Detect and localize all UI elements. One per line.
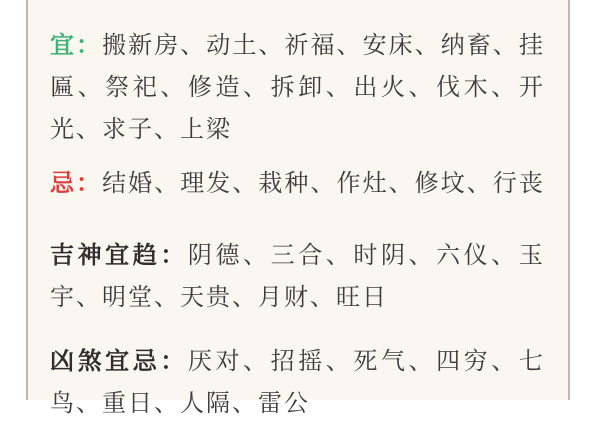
text-char: 、 [243, 234, 267, 276]
section-label-char: 忌 [50, 162, 74, 204]
text-char: 造 [215, 66, 239, 108]
text-char: 结 [102, 162, 126, 204]
section-avoid: 忌：结婚、理发、栽种、作灶、修坟、行丧 [50, 162, 543, 204]
text-char: 、 [78, 66, 102, 108]
text-char: 、 [491, 340, 515, 382]
text-char: 丧 [519, 162, 543, 204]
text-char: 、 [180, 24, 204, 66]
section-label-char: ： [160, 340, 184, 382]
text-char: 修 [188, 66, 212, 108]
section-label-char: 凶 [50, 340, 74, 382]
text-char: 发 [206, 162, 230, 204]
text-char: 灶 [363, 162, 387, 204]
text-char: 阴 [188, 234, 212, 276]
text-char: 理 [180, 162, 204, 204]
text-char: 祭 [105, 66, 129, 108]
text-char: 祀 [133, 66, 157, 108]
text-char: 四 [436, 340, 460, 382]
text-char: 穷 [464, 340, 488, 382]
text-char: 、 [389, 162, 413, 204]
text-char: 六 [436, 234, 460, 276]
section-text: 宇、明堂、天贵、月财、旺日 [50, 283, 388, 311]
text-char: 、 [409, 340, 433, 382]
text-line: 匾、祭祀、修造、拆卸、出火、伐木、开 [50, 66, 543, 108]
text-char: 、 [160, 66, 184, 108]
text-char: 拆 [271, 66, 295, 108]
section-label-char: 宜 [105, 234, 129, 276]
text-char: 动 [206, 24, 230, 66]
text-char: 三 [271, 234, 295, 276]
section-text: 光、求子、上梁 [50, 115, 232, 143]
text-line: 宜：搬新房、动土、祈福、安床、纳畜、挂 [50, 24, 543, 66]
text-line: 忌：结婚、理发、栽种、作灶、修坟、行丧 [50, 162, 543, 204]
text-char: 作 [337, 162, 361, 204]
text-char: 匾 [50, 66, 74, 108]
text-char: 修 [415, 162, 439, 204]
section-label-char: 吉 [50, 234, 74, 276]
section-auspicious-gods: 吉神宜趋：阴德、三合、时阴、六仪、玉宇、明堂、天贵、月财、旺日 [50, 234, 543, 318]
text-line: 光、求子、上梁 [50, 108, 543, 150]
section-label-char: 趋 [133, 234, 157, 276]
almanac-sections: 宜：搬新房、动土、祈福、安床、纳畜、挂匾、祭祀、修造、拆卸、出火、伐木、开光、求… [50, 24, 543, 400]
text-char: 栽 [258, 162, 282, 204]
text-char: 、 [493, 24, 517, 66]
text-line: 宇、明堂、天贵、月财、旺日 [50, 276, 543, 318]
text-char: 、 [326, 340, 350, 382]
text-char: 死 [353, 340, 377, 382]
text-line: 吉神宜趋：阴德、三合、时阴、六仪、玉 [50, 234, 543, 276]
text-char: 坟 [441, 162, 465, 204]
section-label-char: 煞 [78, 340, 102, 382]
text-line: 凶煞宜忌：厌对、招摇、死气、四穷、七 [50, 340, 543, 382]
text-char: 、 [337, 24, 361, 66]
text-char: 、 [243, 340, 267, 382]
text-char: 仪 [464, 234, 488, 276]
text-char: 气 [381, 340, 405, 382]
text-char: 德 [215, 234, 239, 276]
text-char: 房 [154, 24, 178, 66]
section-text: 鸟、重日、人隔、雷公 [50, 389, 310, 400]
text-char: 、 [154, 162, 178, 204]
text-char: 七 [519, 340, 543, 382]
text-char: 开 [519, 66, 543, 108]
text-char: 、 [232, 162, 256, 204]
text-char: 安 [363, 24, 387, 66]
text-char: 、 [491, 234, 515, 276]
text-char: 、 [415, 24, 439, 66]
text-char: 土 [232, 24, 256, 66]
text-char: 、 [258, 24, 282, 66]
text-char: 新 [128, 24, 152, 66]
text-char: 挂 [519, 24, 543, 66]
almanac-content-panel: 宜：搬新房、动土、祈福、安床、纳畜、挂匾、祭祀、修造、拆卸、出火、伐木、开光、求… [26, 0, 570, 400]
text-char: 、 [467, 162, 491, 204]
section-label-char: 宜 [50, 24, 74, 66]
text-char: 祈 [284, 24, 308, 66]
text-char: 、 [243, 66, 267, 108]
section-suitable: 宜：搬新房、动土、祈福、安床、纳畜、挂匾、祭祀、修造、拆卸、出火、伐木、开光、求… [50, 24, 543, 150]
text-char: 纳 [441, 24, 465, 66]
text-char: 行 [493, 162, 517, 204]
text-char: 出 [353, 66, 377, 108]
text-char: 、 [409, 66, 433, 108]
text-char: 木 [464, 66, 488, 108]
section-label-char: 宜 [105, 340, 129, 382]
text-char: 、 [491, 66, 515, 108]
text-char: 、 [326, 66, 350, 108]
text-char: 摇 [298, 340, 322, 382]
text-char: 对 [215, 340, 239, 382]
section-label-char: ： [160, 234, 184, 276]
text-char: 合 [298, 234, 322, 276]
text-char: 、 [310, 162, 334, 204]
section-label-char: ： [76, 162, 100, 204]
text-char: 搬 [102, 24, 126, 66]
text-char: 卸 [298, 66, 322, 108]
text-char: 时 [353, 234, 377, 276]
text-line: 鸟、重日、人隔、雷公 [50, 382, 543, 400]
text-char: 阴 [381, 234, 405, 276]
text-char: 福 [310, 24, 334, 66]
section-inauspicious-gods: 凶煞宜忌：厌对、招摇、死气、四穷、七鸟、重日、人隔、雷公 [50, 340, 543, 400]
text-char: 玉 [519, 234, 543, 276]
text-char: 婚 [128, 162, 152, 204]
text-char: 床 [389, 24, 413, 66]
text-char: 火 [381, 66, 405, 108]
section-label-char: ： [76, 24, 100, 66]
text-char: 厌 [188, 340, 212, 382]
text-char: 、 [409, 234, 433, 276]
text-char: 种 [284, 162, 308, 204]
text-char: 伐 [436, 66, 460, 108]
text-char: 、 [326, 234, 350, 276]
text-char: 招 [271, 340, 295, 382]
section-label-char: 忌 [133, 340, 157, 382]
section-label-char: 神 [78, 234, 102, 276]
text-char: 畜 [467, 24, 491, 66]
